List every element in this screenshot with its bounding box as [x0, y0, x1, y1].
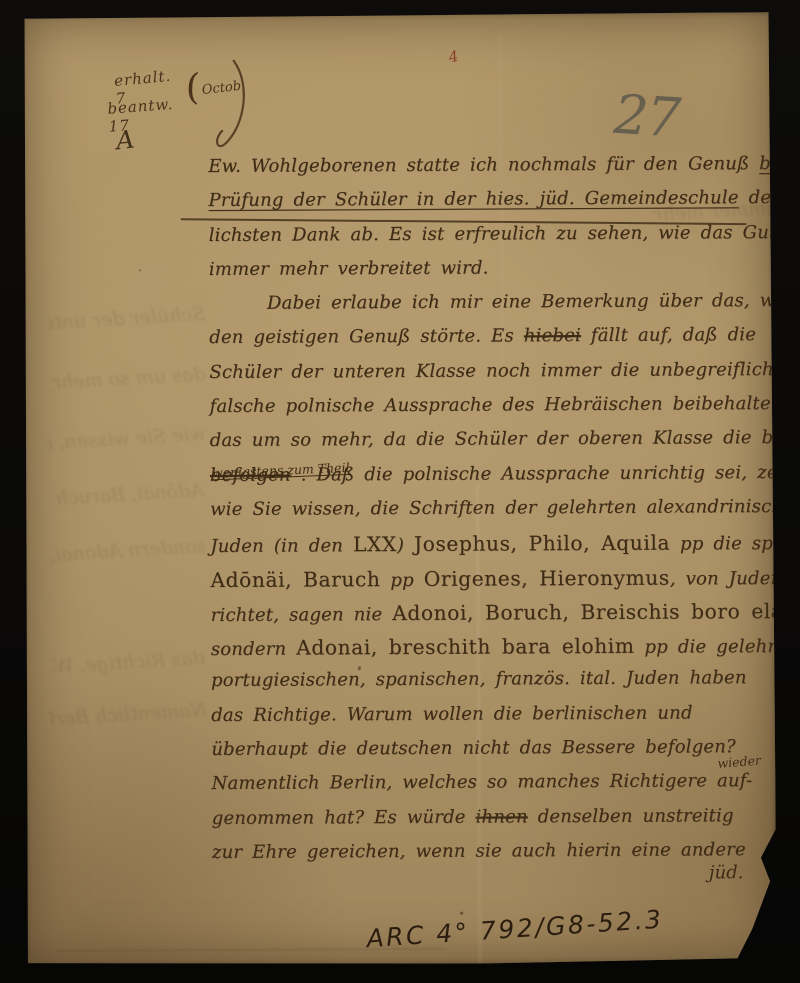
handwritten-line: falsche polnische Aussprache des Hebräis…	[210, 393, 796, 430]
bleedthrough-fragment: Namentlich Berlin, welches so manches Ri…	[49, 699, 208, 730]
handwritten-line: sondern Adonai, breschith bara elohim pp…	[211, 633, 797, 670]
registry-note-brace: (	[185, 67, 200, 108]
handwritten-line: das Richtige. Warum wollen die berlinisc…	[211, 702, 797, 739]
handwritten-line: richtet, sagen nie Adonoi, Boruch, Breis…	[211, 599, 797, 636]
handwritten-line: das um so mehr, da die Schüler der obere…	[210, 427, 796, 464]
bleedthrough-fragment: sondern Adonai, breschith bara elohim pp…	[50, 535, 207, 566]
ink-speck	[139, 269, 141, 271]
folio-number-red: 4	[447, 47, 460, 67]
bleedthrough-fragment: Adōnäi, Baruch pp Origenes, Hieronymus, …	[52, 479, 205, 510]
ink-speck	[358, 666, 361, 670]
handwritten-line: wie Sie wissen, die Schriften der gelehr…	[210, 496, 796, 533]
handwritten-line: Namentlich Berlin, welches so manches Ri…	[211, 770, 797, 807]
photo-background: Schüler der unteren Klasse noch immer di…	[0, 0, 800, 983]
verso-bleedthrough: Schüler der unteren Klasse noch immer di…	[22, 12, 772, 16]
ink-speck	[755, 944, 763, 952]
letter-body: Ew. Wohlgeborenen statte ich nochmals fü…	[208, 153, 798, 876]
paraph-mark: A	[115, 125, 136, 156]
letter-paper: Schüler der unteren Klasse noch immer di…	[22, 12, 777, 966]
catchword: jüd.	[709, 862, 744, 883]
handwritten-line: überhaupt die deutschen nicht das Besser…	[211, 736, 797, 773]
ink-speck	[460, 912, 463, 915]
pen-flourish	[204, 57, 257, 159]
handwritten-line: genommen hat? Es würde ihnen denselben u…	[212, 805, 798, 842]
handwritten-line: Juden (in den LXX) Josephus, Philo, Aqui…	[210, 530, 796, 567]
handwritten-line: Adōnäi, Baruch pp Origenes, Hieronymus, …	[210, 564, 796, 601]
handwritten-line: Schüler der unteren Klasse noch immer di…	[209, 359, 795, 396]
handwritten-line: portugiesischen, spanischen, französ. it…	[211, 667, 797, 704]
archival-reference: ARC 4° 792/G8-52.3	[366, 905, 665, 954]
page-number-pencil: 27	[612, 83, 681, 150]
bleedthrough-fragment: wie Sie wissen, die Schriften der gelehr…	[47, 423, 206, 454]
bleedthrough-fragment: das Richtige. Warum wollen die berlinisc…	[52, 647, 205, 678]
bleedthrough-fragment: Schüler der unteren Klasse noch immer di…	[49, 303, 206, 334]
bleedthrough-fragment: das um so mehr, da die Schüler der obere…	[51, 363, 206, 394]
